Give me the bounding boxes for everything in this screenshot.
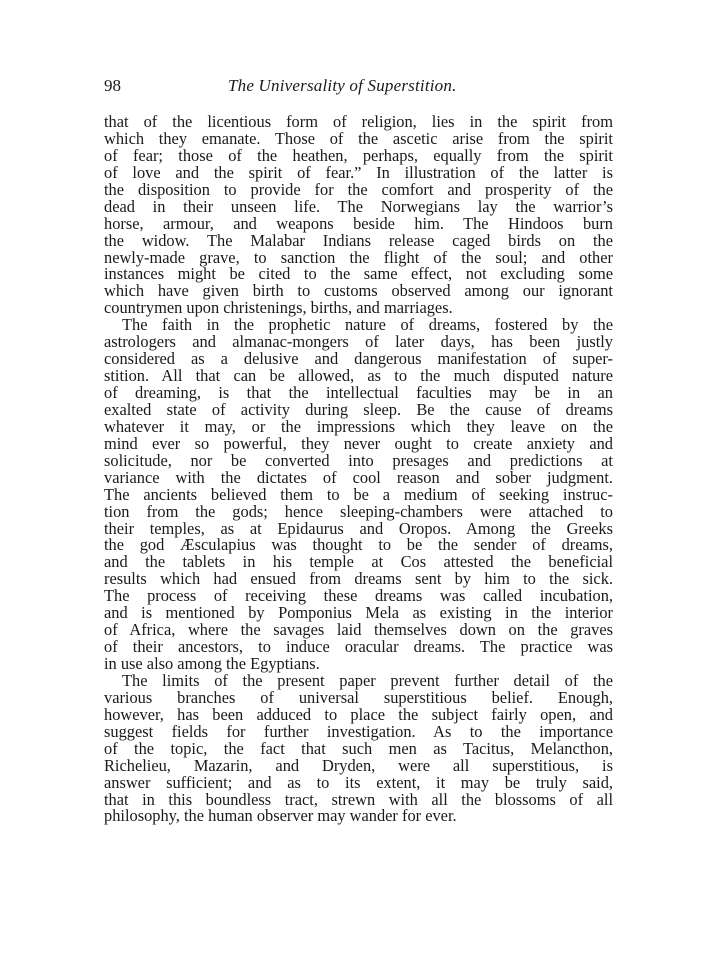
text-line: the widow. The Malabar Indians release c… [104,233,613,250]
text-line: answer sufficient; and as to its extent,… [104,775,613,792]
paragraph: The faith in the prophetic nature of dre… [104,317,613,673]
text-line: tion from the gods; hence sleeping-chamb… [104,504,613,521]
paragraph: that of the licentious form of religion,… [104,114,613,317]
page-number: 98 [104,76,121,96]
book-page: 98 The Universality of Superstition. tha… [104,76,613,825]
body-text: that of the licentious form of religion,… [104,114,613,825]
paragraph: The limits of the present paper prevent … [104,673,613,825]
running-title: The Universality of Superstition. [228,76,457,96]
text-line: philosophy, the human observer may wande… [104,808,613,825]
running-head: 98 The Universality of Superstition. [104,76,613,100]
